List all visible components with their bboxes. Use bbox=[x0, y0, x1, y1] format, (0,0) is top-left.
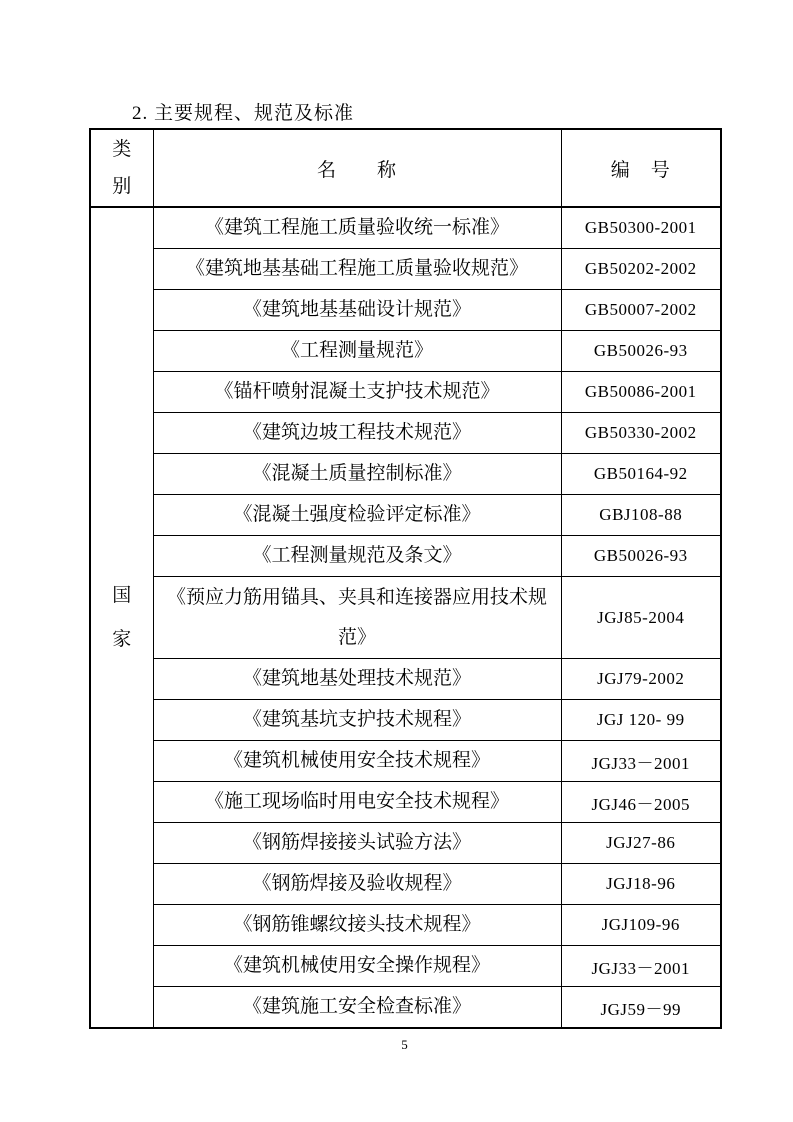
standard-number-cell: JGJ85-2004 bbox=[561, 577, 721, 659]
standard-name-cell: 《建筑地基基础设计规范》 bbox=[153, 290, 561, 331]
table-row: 《建筑边坡工程技术规范》GB50330-2002 bbox=[90, 413, 721, 454]
standard-number-cell: GB50330-2002 bbox=[561, 413, 721, 454]
table-row: 《建筑地基处理技术规范》JGJ79-2002 bbox=[90, 659, 721, 700]
table-row: 《施工现场临时用电安全技术规程》JGJ46－2005 bbox=[90, 782, 721, 823]
header-number: 编 号 bbox=[561, 129, 721, 207]
table-row: 《建筑地基基础设计规范》GB50007-2002 bbox=[90, 290, 721, 331]
standard-name-cell: 《建筑边坡工程技术规范》 bbox=[153, 413, 561, 454]
standard-number-cell: JGJ27-86 bbox=[561, 823, 721, 864]
table-header-row: 类 别 名 称 编 号 bbox=[90, 129, 721, 207]
page-number: 5 bbox=[89, 1037, 720, 1053]
header-category-line1: 类 bbox=[91, 131, 153, 168]
standard-number-cell: GB50164-92 bbox=[561, 454, 721, 495]
standard-number-cell: GB50202-2002 bbox=[561, 249, 721, 290]
standard-name-cell: 《锚杆喷射混凝土支护技术规范》 bbox=[153, 372, 561, 413]
standard-name-cell: 《施工现场临时用电安全技术规程》 bbox=[153, 782, 561, 823]
standard-number-cell: GBJ108-88 bbox=[561, 495, 721, 536]
standard-number-cell: JGJ46－2005 bbox=[561, 782, 721, 823]
table-body: 国家《建筑工程施工质量验收统一标准》GB50300-2001《建筑地基基础工程施… bbox=[90, 207, 721, 1028]
standard-name-cell: 《建筑施工安全检查标准》 bbox=[153, 987, 561, 1029]
standard-number-cell: JGJ18-96 bbox=[561, 864, 721, 905]
standard-name-cell: 《钢筋焊接接头试验方法》 bbox=[153, 823, 561, 864]
standard-name-cell: 《建筑机械使用安全操作规程》 bbox=[153, 946, 561, 987]
table-row: 《建筑地基基础工程施工质量验收规范》GB50202-2002 bbox=[90, 249, 721, 290]
standard-number-cell: JGJ33－2001 bbox=[561, 946, 721, 987]
table-row: 《钢筋焊接及验收规程》JGJ18-96 bbox=[90, 864, 721, 905]
standard-number-cell: GB50026-93 bbox=[561, 331, 721, 372]
standard-number-cell: JGJ 120- 99 bbox=[561, 700, 721, 741]
standard-name-cell: 《钢筋锥螺纹接头技术规程》 bbox=[153, 905, 561, 946]
standard-number-cell: JGJ33－2001 bbox=[561, 741, 721, 782]
standards-table: 类 别 名 称 编 号 国家《建筑工程施工质量验收统一标准》GB50300-20… bbox=[89, 128, 722, 1029]
standard-name-cell: 《工程测量规范及条文》 bbox=[153, 536, 561, 577]
table-row: 《预应力筋用锚具、夹具和连接器应用技术规范》JGJ85-2004 bbox=[90, 577, 721, 659]
standard-number-cell: GB50007-2002 bbox=[561, 290, 721, 331]
standard-number-cell: GB50026-93 bbox=[561, 536, 721, 577]
standard-number-cell: JGJ79-2002 bbox=[561, 659, 721, 700]
standard-name-cell: 《建筑地基基础工程施工质量验收规范》 bbox=[153, 249, 561, 290]
category-cell-national: 国家 bbox=[90, 207, 153, 1028]
table-row: 《钢筋锥螺纹接头技术规程》JGJ109-96 bbox=[90, 905, 721, 946]
standard-number-cell: GB50086-2001 bbox=[561, 372, 721, 413]
table-row: 《建筑施工安全检查标准》JGJ59－99 bbox=[90, 987, 721, 1029]
table-row: 《建筑机械使用安全操作规程》JGJ33－2001 bbox=[90, 946, 721, 987]
standard-name-cell: 《混凝土质量控制标准》 bbox=[153, 454, 561, 495]
table-row: 《工程测量规范及条文》GB50026-93 bbox=[90, 536, 721, 577]
table-row: 《混凝土强度检验评定标准》GBJ108-88 bbox=[90, 495, 721, 536]
header-name: 名 称 bbox=[153, 129, 561, 207]
table-row: 《工程测量规范》GB50026-93 bbox=[90, 331, 721, 372]
section-title: 2. 主要规程、规范及标准 bbox=[132, 98, 354, 125]
table-row: 《锚杆喷射混凝土支护技术规范》GB50086-2001 bbox=[90, 372, 721, 413]
header-category: 类 别 bbox=[90, 129, 153, 207]
standard-number-cell: JGJ109-96 bbox=[561, 905, 721, 946]
table-row: 国家《建筑工程施工质量验收统一标准》GB50300-2001 bbox=[90, 207, 721, 249]
standard-name-cell: 《建筑机械使用安全技术规程》 bbox=[153, 741, 561, 782]
category-char: 家 bbox=[91, 618, 153, 662]
standard-number-cell: JGJ59－99 bbox=[561, 987, 721, 1029]
standard-name-cell: 《建筑工程施工质量验收统一标准》 bbox=[153, 207, 561, 249]
standard-name-cell: 《钢筋焊接及验收规程》 bbox=[153, 864, 561, 905]
table-row: 《建筑机械使用安全技术规程》JGJ33－2001 bbox=[90, 741, 721, 782]
category-char: 国 bbox=[91, 574, 153, 618]
standard-name-cell: 《混凝土强度检验评定标准》 bbox=[153, 495, 561, 536]
header-category-line2: 别 bbox=[91, 168, 153, 205]
standard-name-cell: 《工程测量规范》 bbox=[153, 331, 561, 372]
table-row: 《钢筋焊接接头试验方法》JGJ27-86 bbox=[90, 823, 721, 864]
standard-number-cell: GB50300-2001 bbox=[561, 207, 721, 249]
table-row: 《混凝土质量控制标准》GB50164-92 bbox=[90, 454, 721, 495]
standard-name-cell: 《建筑地基处理技术规范》 bbox=[153, 659, 561, 700]
standard-name-cell: 《建筑基坑支护技术规程》 bbox=[153, 700, 561, 741]
table-row: 《建筑基坑支护技术规程》JGJ 120- 99 bbox=[90, 700, 721, 741]
standard-name-cell: 《预应力筋用锚具、夹具和连接器应用技术规范》 bbox=[153, 577, 561, 659]
